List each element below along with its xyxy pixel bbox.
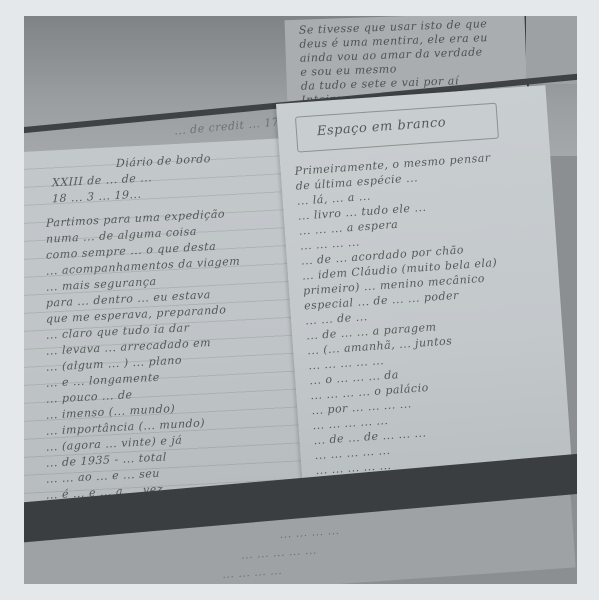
- title-box: Espaço em branco: [295, 103, 499, 153]
- handwritten-line: ... ... ... ...: [279, 524, 340, 541]
- right-manuscript-page: Espaço em branco Primeiramente, o mesmo …: [276, 85, 574, 513]
- manuscript-photo: ... de credit ... 17 Se tivesse que usar…: [24, 16, 577, 584]
- handwritten-line: ... ... ... ...: [222, 564, 283, 581]
- margin-note: ... de credit ... 17: [174, 115, 280, 137]
- handwritten-line: ... ... ... ... ...: [241, 543, 318, 561]
- page-title: Espaço em branco: [317, 115, 447, 139]
